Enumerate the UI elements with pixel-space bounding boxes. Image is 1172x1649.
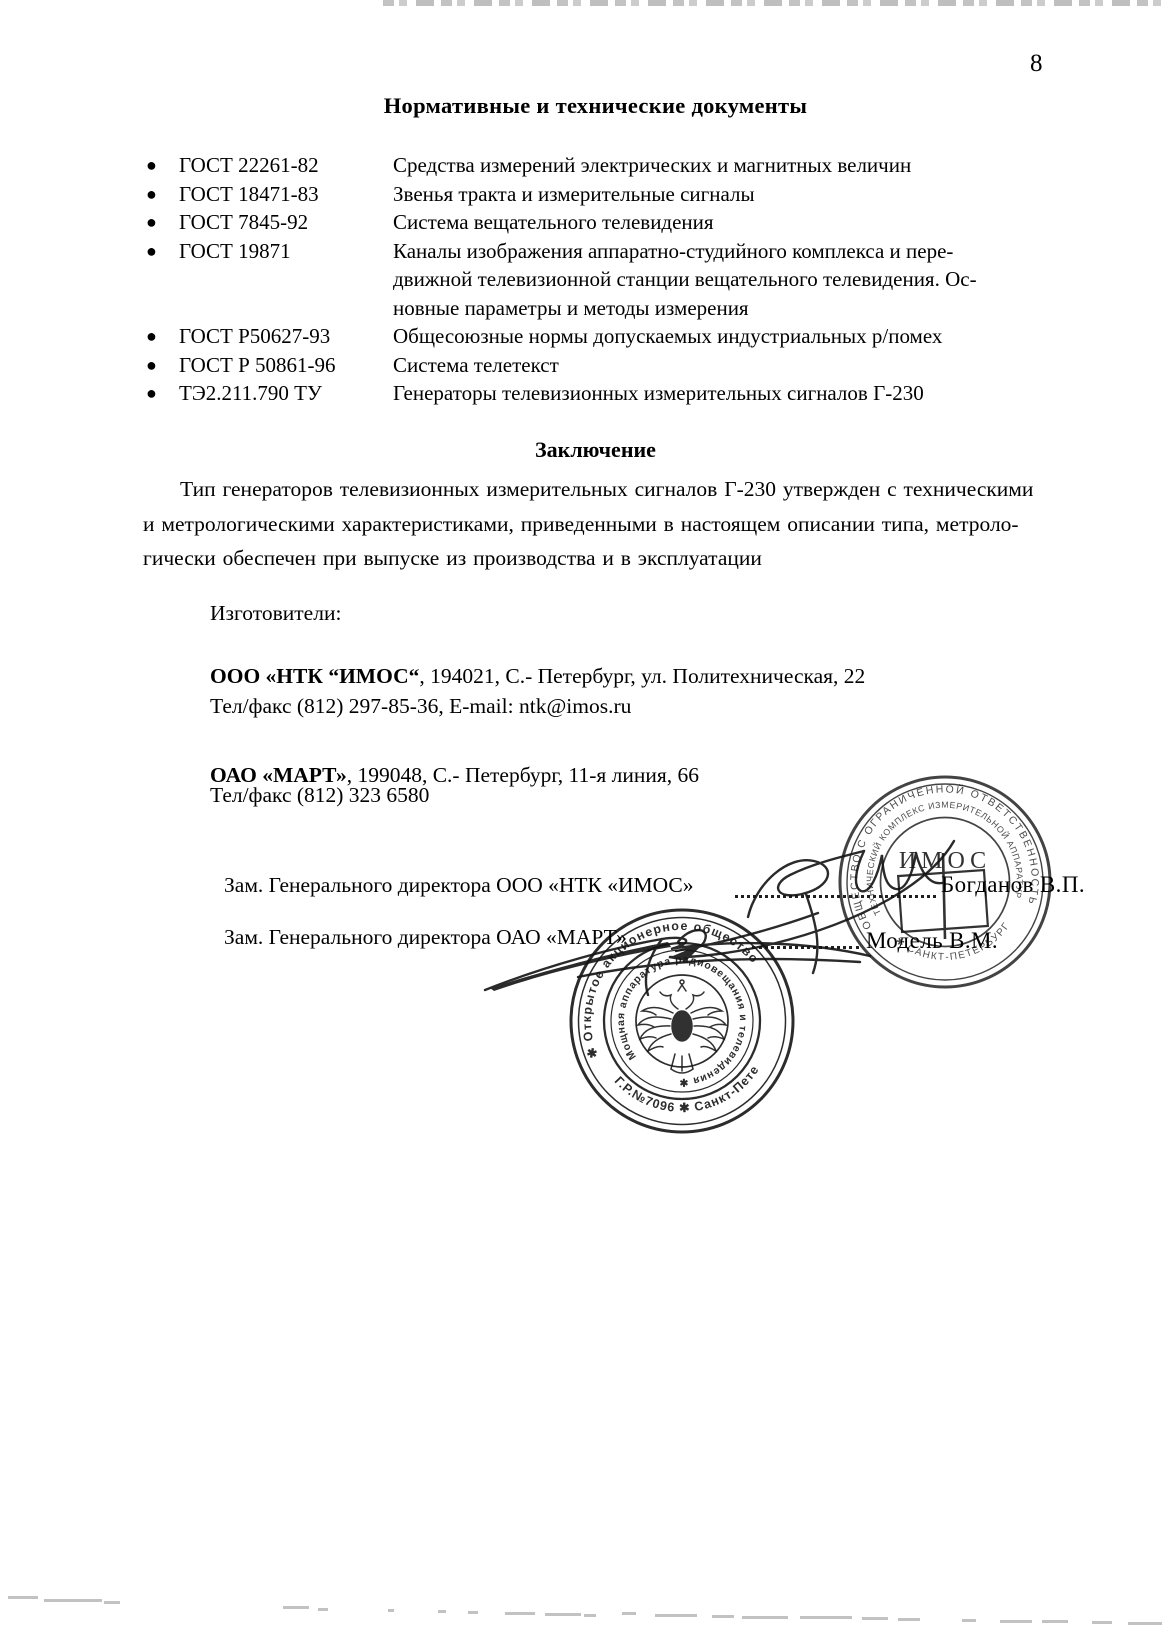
standard-desc: Генераторы телевизионных измерительных с… [393, 379, 1058, 408]
scan-artifact [318, 1608, 328, 1611]
scan-artifact [655, 1614, 697, 1617]
bullet-icon: ● [143, 351, 179, 380]
manufacturer-line: ООО «НТК “ИМОС“, 194021, С.- Петербург, … [210, 664, 865, 689]
scan-artifact [1000, 1620, 1032, 1623]
bullet-icon: ● [143, 237, 179, 323]
manufacturers-label: Изготовители: [210, 601, 341, 626]
standard-code: ГОСТ 22261-82 [179, 151, 393, 180]
signature-model [485, 930, 870, 995]
standard-row: ● ТЭ2.211.790 ТУ Генераторы телевизионны… [143, 379, 1058, 408]
standard-desc: Общесоюзные нормы допускаемых индустриал… [393, 322, 1058, 351]
standard-code: ГОСТ 7845-92 [179, 208, 393, 237]
manufacturer-name: ООО «НТК “ИМОС“ [210, 664, 419, 688]
scan-artifact [742, 1616, 788, 1619]
handwritten-signatures [430, 795, 1110, 1010]
scan-artifact [545, 1613, 581, 1616]
manufacturer-contact: Тел/факс (812) 323 6580 [210, 783, 429, 808]
standard-code: ГОСТ 18471-83 [179, 180, 393, 209]
scan-artifact [505, 1612, 535, 1615]
scan-artifact [1042, 1620, 1068, 1623]
scan-artifact-top [383, 0, 1169, 6]
standard-desc: Система телетекст [393, 351, 1058, 380]
scan-artifact [862, 1617, 888, 1620]
manufacturer-address: , 194021, С.- Петербург, ул. Политехниче… [419, 664, 865, 688]
standard-row: ● ГОСТ 18471-83 Звенья тракта и измерите… [143, 180, 1058, 209]
scan-artifact [8, 1596, 38, 1599]
standard-code: ГОСТ Р 50861-96 [179, 351, 393, 380]
scan-artifact [44, 1599, 102, 1602]
document-page: 8 Нормативные и технические документы ● … [0, 0, 1172, 1649]
scan-artifact [438, 1610, 446, 1613]
standard-desc: Каналы изображения аппаратно-студийного … [393, 237, 1058, 323]
conclusion-heading: Заключение [143, 437, 1048, 463]
standard-row: ● ГОСТ 19871 Каналы изображения аппаратн… [143, 237, 1058, 323]
standard-desc: Система вещательного телевидения [393, 208, 1058, 237]
manufacturer-contact: Тел/факс (812) 297-85-36, E-mail: ntk@im… [210, 694, 631, 719]
standard-row: ● ГОСТ 7845-92 Система вещательного теле… [143, 208, 1058, 237]
standard-desc: Средства измерений электрических и магни… [393, 151, 1058, 180]
standard-code: ТЭ2.211.790 ТУ [179, 379, 393, 408]
scan-artifact [962, 1619, 976, 1622]
standard-code: ГОСТ Р50627-93 [179, 322, 393, 351]
page-title: Нормативные и технические документы [143, 93, 1048, 119]
scan-artifact [622, 1612, 636, 1615]
standard-row: ● ГОСТ 22261-82 Средства измерений элект… [143, 151, 1058, 180]
scan-artifact [1092, 1621, 1112, 1624]
conclusion-paragraph: Тип генераторов телевизионных измеритель… [143, 472, 1050, 576]
scan-artifact [283, 1606, 309, 1609]
bullet-icon: ● [143, 208, 179, 237]
scan-artifact [388, 1609, 394, 1612]
scan-artifact [712, 1615, 734, 1618]
standard-row: ● ГОСТ Р50627-93 Общесоюзные нормы допус… [143, 322, 1058, 351]
bullet-icon: ● [143, 180, 179, 209]
bullet-icon: ● [143, 151, 179, 180]
standards-list: ● ГОСТ 22261-82 Средства измерений элект… [143, 151, 1058, 408]
scan-artifact [584, 1614, 596, 1617]
bullet-icon: ● [143, 379, 179, 408]
signature-bogdanov [668, 841, 954, 973]
scan-artifact [104, 1601, 120, 1604]
standard-row: ● ГОСТ Р 50861-96 Система телетекст [143, 351, 1058, 380]
scan-artifact [1128, 1622, 1162, 1625]
page-number: 8 [1030, 50, 1043, 78]
scan-artifact [468, 1611, 478, 1614]
scan-artifact [898, 1618, 920, 1621]
standard-code: ГОСТ 19871 [179, 237, 393, 323]
bullet-icon: ● [143, 322, 179, 351]
scan-artifact [800, 1616, 852, 1619]
standard-desc: Звенья тракта и измерительные сигналы [393, 180, 1058, 209]
